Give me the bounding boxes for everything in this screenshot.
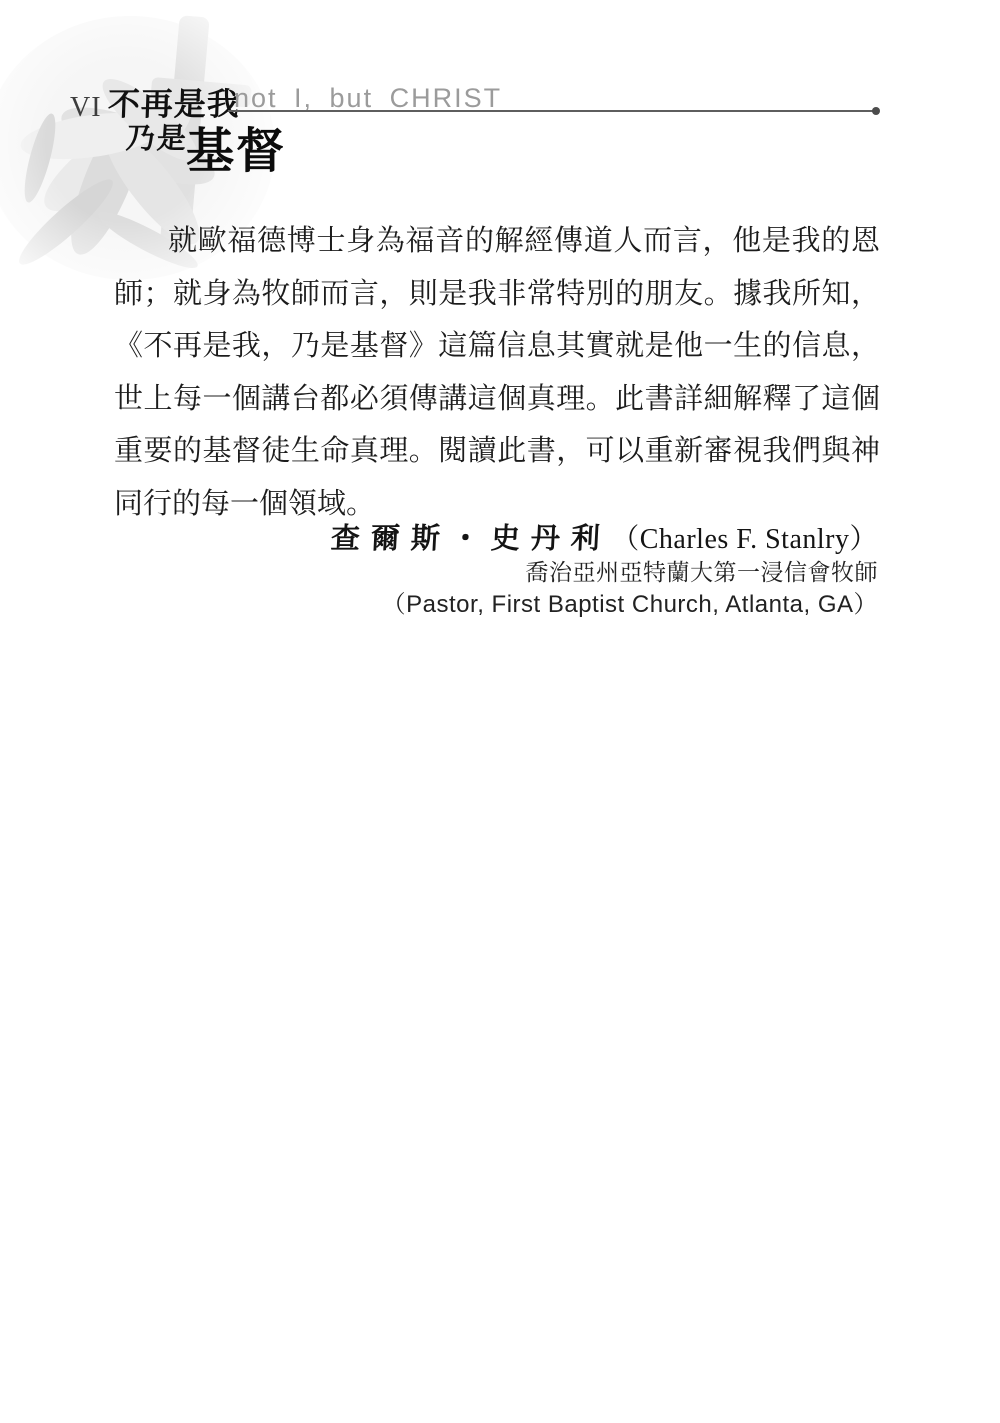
attribution-name-cn: 查爾斯・史丹利 <box>330 516 612 557</box>
end-dot-icon <box>872 107 880 115</box>
page-number: VI <box>70 92 102 124</box>
attribution-role-en: （Pastor, First Baptist Church, Atlanta, … <box>382 584 878 614</box>
attribution-block: 查爾斯・史丹利 （Charles F. Stanlry） 喬治亞州亞特蘭大第一浸… <box>0 516 878 614</box>
attribution-name-line: 查爾斯・史丹利 （Charles F. Stanlry） <box>331 516 878 554</box>
attribution-name-en: （Charles F. Stanlry） <box>611 517 878 557</box>
book-page: VI 不再是我 not I, but CHRIST 乃是 基督 就歐福德博士身為… <box>0 0 1000 1423</box>
attribution-role-cn: 喬治亞州亞特蘭大第一浸信會牧師 <box>526 554 879 584</box>
book-title-cn-line2-prefix: 乃是 <box>125 116 190 157</box>
endorsement-paragraph: 就歐福德博士身為福音的解經傳道人而言，他是我的恩師；就身為牧師而言，則是我非常特… <box>114 215 880 530</box>
book-title-cn-line2-main: 基督 <box>186 112 286 181</box>
header-rule <box>228 110 876 112</box>
